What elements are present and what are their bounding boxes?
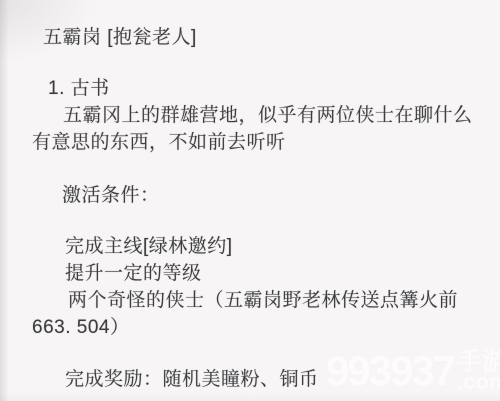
quest-description: 五霸冈上的群雄营地，似乎有两位侠士在聊什么有意思的东西，不如前去听听 bbox=[32, 102, 490, 156]
npc-condition-line-2: 663. 504） bbox=[32, 317, 129, 338]
npc-condition-line-1: 两个奇怪的侠士（五霸岗野老林传送点篝火前 bbox=[68, 290, 458, 311]
activation-conditions-label: 激活条件： bbox=[62, 182, 490, 209]
reward-value: 随机美瞳粉、铜币 bbox=[163, 369, 319, 390]
description-line-1: 五霸冈上的群雄营地，似乎有两位侠士在聊什么 bbox=[63, 105, 473, 126]
description-line-2: 有意思的东西，不如前去听听 bbox=[32, 132, 286, 153]
condition-main-quest: 完成主线[绿林邀约] bbox=[65, 233, 490, 260]
condition-npc-location: 两个奇怪的侠士（五霸岗野老林传送点篝火前663. 504） bbox=[32, 287, 490, 341]
reward-line: 完成奖励：随机美瞳粉、铜币 bbox=[65, 366, 490, 393]
entry-heading: 1. 古书 bbox=[48, 75, 490, 102]
quest-guide-page: 五霸岗 [抱瓮老人] 1. 古书 五霸冈上的群雄营地，似乎有两位侠士在聊什么有意… bbox=[0, 0, 500, 401]
condition-level: 提升一定的等级 bbox=[65, 260, 490, 287]
location-title: 五霸岗 [抱瓮老人] bbox=[43, 24, 490, 51]
reward-label: 完成奖励： bbox=[65, 369, 163, 390]
activation-conditions-list: 完成主线[绿林邀约] 提升一定的等级 两个奇怪的侠士（五霸岗野老林传送点篝火前6… bbox=[32, 233, 490, 341]
quest-entry: 1. 古书 五霸冈上的群雄营地，似乎有两位侠士在聊什么有意思的东西，不如前去听听 bbox=[32, 75, 490, 156]
